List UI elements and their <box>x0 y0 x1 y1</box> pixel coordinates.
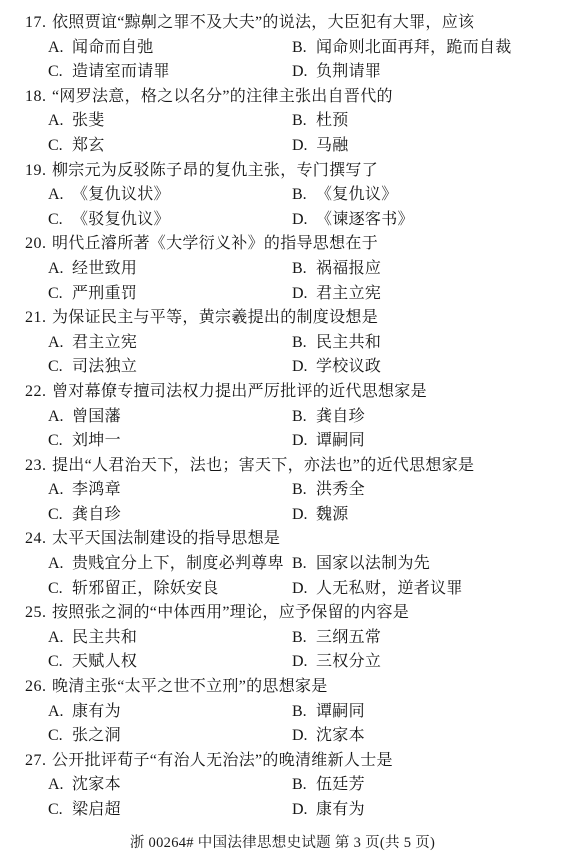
option-text: 梁启超 <box>72 801 121 818</box>
options-row-cd: C.龚自珍 D.魏源 <box>0 503 565 528</box>
option-item: A.沈家本 <box>48 773 292 798</box>
option-item: A.张斐 <box>48 109 292 134</box>
option-label: B. <box>292 183 316 208</box>
option-text: 张斐 <box>72 112 105 129</box>
option-text: 李鸿章 <box>72 481 121 498</box>
option-item: A.康有为 <box>48 700 292 725</box>
question-stem-row: 25.按照张之洞的“中体西用”理论，应予保留的内容是 <box>0 601 565 626</box>
question-number: 19. <box>25 159 52 184</box>
option-item: B.祸福报应 <box>292 257 565 282</box>
option-label: A. <box>48 552 72 577</box>
option-label: C. <box>48 208 72 233</box>
option-label: B. <box>292 257 316 282</box>
option-label: B. <box>292 773 316 798</box>
question-block: 19.柳宗元为反驳陈子昂的复仇主张，专门撰写了 A.《复仇议状》 B.《复仇议》… <box>0 159 565 233</box>
option-item: A.李鸿章 <box>48 478 292 503</box>
question-block: 18.“网罗法意，格之以名分”的注律主张出自晋代的 A.张斐 B.杜预 C.郑玄… <box>0 85 565 159</box>
option-item: C.司法独立 <box>48 355 292 380</box>
option-text: 闻命则北面再拜，跪而自裁 <box>316 39 512 56</box>
option-label: B. <box>292 109 316 134</box>
options-row-ab: A.曾国藩 B.龚自珍 <box>0 405 565 430</box>
question-block: 24.太平天国法制建设的指导思想是 A.贵贱宜分上下，制度必判尊卑 B.国家以法… <box>0 527 565 601</box>
option-item: C.龚自珍 <box>48 503 292 528</box>
question-stem: 为保证民主与平等，黄宗羲提出的制度设想是 <box>52 309 378 326</box>
option-label: B. <box>292 331 316 356</box>
option-item: B.杜预 <box>292 109 565 134</box>
option-item: A.贵贱宜分上下，制度必判尊卑 <box>48 552 292 577</box>
option-item: A.闻命而自弛 <box>48 36 292 61</box>
option-text: 贵贱宜分上下，制度必判尊卑 <box>72 555 284 572</box>
option-text: 《复仇议》 <box>316 186 398 203</box>
question-stem-row: 24.太平天国法制建设的指导思想是 <box>0 527 565 552</box>
options-row-cd: C.造请室而请罪 D.负荆请罪 <box>0 60 565 85</box>
option-text: 洪秀全 <box>316 481 365 498</box>
question-block: 20.明代丘濬所著《大学衍义补》的指导思想在于 A.经世致用 B.祸福报应 C.… <box>0 232 565 306</box>
option-text: 闻命而自弛 <box>72 39 154 56</box>
option-label: B. <box>292 700 316 725</box>
option-label: B. <box>292 36 316 61</box>
question-number: 24. <box>25 527 52 552</box>
option-text: 人无私财，逆者议罪 <box>316 580 463 597</box>
option-label: D. <box>292 798 316 823</box>
option-label: A. <box>48 36 72 61</box>
question-stem: 公开批评荀子“有治人无治法”的晚清维新人士是 <box>52 752 393 769</box>
option-label: C. <box>48 134 72 159</box>
option-text: 郑玄 <box>72 137 105 154</box>
option-item: D.谭嗣同 <box>292 429 565 454</box>
option-item: C.严刑重罚 <box>48 282 292 307</box>
question-stem: “网罗法意，格之以名分”的注律主张出自晋代的 <box>52 88 393 105</box>
question-stem-row: 22.曾对幕僚专擅司法权力提出严厉批评的近代思想家是 <box>0 380 565 405</box>
question-block: 26.晚清主张“太平之世不立刑”的思想家是 A.康有为 B.谭嗣同 C.张之洞 … <box>0 675 565 749</box>
option-item: B.三纲五常 <box>292 626 565 651</box>
question-list: 17.依照贾谊“黥劓之罪不及大夫”的说法，大臣犯有大罪，应该 A.闻命而自弛 B… <box>0 11 565 823</box>
option-label: B. <box>292 552 316 577</box>
question-block: 22.曾对幕僚专擅司法权力提出严厉批评的近代思想家是 A.曾国藩 B.龚自珍 C… <box>0 380 565 454</box>
options-row-cd: C.斩邪留正，除妖安良 D.人无私财，逆者议罪 <box>0 577 565 602</box>
question-stem-row: 21.为保证民主与平等，黄宗羲提出的制度设想是 <box>0 306 565 331</box>
question-block: 25.按照张之洞的“中体西用”理论，应予保留的内容是 A.民主共和 B.三纲五常… <box>0 601 565 675</box>
option-text: 沈家本 <box>72 776 121 793</box>
options-row-cd: C.刘坤一 D.谭嗣同 <box>0 429 565 454</box>
option-text: 君主立宪 <box>316 285 381 302</box>
option-label: B. <box>292 626 316 651</box>
option-item: D.三权分立 <box>292 650 565 675</box>
option-text: 刘坤一 <box>72 432 121 449</box>
option-label: C. <box>48 429 72 454</box>
option-label: C. <box>48 724 72 749</box>
question-number: 26. <box>25 675 52 700</box>
question-stem-row: 27.公开批评荀子“有治人无治法”的晚清维新人士是 <box>0 749 565 774</box>
question-block: 17.依照贾谊“黥劓之罪不及大夫”的说法，大臣犯有大罪，应该 A.闻命而自弛 B… <box>0 11 565 85</box>
option-text: 《复仇议状》 <box>72 186 170 203</box>
option-text: 司法独立 <box>72 358 137 375</box>
options-row-ab: A.《复仇议状》 B.《复仇议》 <box>0 183 565 208</box>
option-text: 伍廷芳 <box>316 776 365 793</box>
option-item: B.民主共和 <box>292 331 565 356</box>
option-item: C.斩邪留正，除妖安良 <box>48 577 292 602</box>
option-item: B.龚自珍 <box>292 405 565 430</box>
option-label: B. <box>292 405 316 430</box>
option-label: D. <box>292 355 316 380</box>
option-text: 严刑重罚 <box>72 285 137 302</box>
options-row-ab: A.李鸿章 B.洪秀全 <box>0 478 565 503</box>
options-row-cd: C.司法独立 D.学校议政 <box>0 355 565 380</box>
options-row-ab: A.沈家本 B.伍廷芳 <box>0 773 565 798</box>
option-item: D.魏源 <box>292 503 565 528</box>
option-text: 三纲五常 <box>316 629 381 646</box>
option-text: 《驳复仇议》 <box>72 211 170 228</box>
option-label: A. <box>48 257 72 282</box>
option-item: D.马融 <box>292 134 565 159</box>
option-item: C.刘坤一 <box>48 429 292 454</box>
options-row-ab: A.贵贱宜分上下，制度必判尊卑 B.国家以法制为先 <box>0 552 565 577</box>
question-stem: 按照张之洞的“中体西用”理论，应予保留的内容是 <box>52 604 409 621</box>
option-item: C.《驳复仇议》 <box>48 208 292 233</box>
option-item: B.闻命则北面再拜，跪而自裁 <box>292 36 565 61</box>
options-row-ab: A.君主立宪 B.民主共和 <box>0 331 565 356</box>
option-item: C.天赋人权 <box>48 650 292 675</box>
option-text: 魏源 <box>316 506 349 523</box>
option-item: D.人无私财，逆者议罪 <box>292 577 565 602</box>
question-number: 27. <box>25 749 52 774</box>
option-text: 曾国藩 <box>72 408 121 425</box>
option-text: 学校议政 <box>316 358 381 375</box>
question-stem-row: 26.晚清主张“太平之世不立刑”的思想家是 <box>0 675 565 700</box>
option-label: D. <box>292 503 316 528</box>
option-item: C.梁启超 <box>48 798 292 823</box>
option-item: A.经世致用 <box>48 257 292 282</box>
option-label: D. <box>292 429 316 454</box>
option-text: 造请室而请罪 <box>72 63 170 80</box>
options-row-cd: C.天赋人权 D.三权分立 <box>0 650 565 675</box>
options-row-cd: C.梁启超 D.康有为 <box>0 798 565 823</box>
option-label: C. <box>48 60 72 85</box>
option-label: B. <box>292 478 316 503</box>
option-label: D. <box>292 724 316 749</box>
question-stem: 明代丘濬所著《大学衍义补》的指导思想在于 <box>52 235 378 252</box>
question-block: 27.公开批评荀子“有治人无治法”的晚清维新人士是 A.沈家本 B.伍廷芳 C.… <box>0 749 565 823</box>
option-item: D.《谏逐客书》 <box>292 208 565 233</box>
question-stem-row: 23.提出“人君治天下，法也；害天下，亦法也”的近代思想家是 <box>0 454 565 479</box>
option-label: A. <box>48 478 72 503</box>
option-label: A. <box>48 331 72 356</box>
option-text: 民主共和 <box>316 334 381 351</box>
option-text: 《谏逐客书》 <box>316 211 414 228</box>
option-item: A.《复仇议状》 <box>48 183 292 208</box>
option-item: D.学校议政 <box>292 355 565 380</box>
option-text: 龚自珍 <box>72 506 121 523</box>
page-footer: 浙 00264# 中国法律思想史试题 第 3 页(共 5 页) <box>0 831 565 852</box>
option-label: D. <box>292 282 316 307</box>
option-label: D. <box>292 208 316 233</box>
option-text: 天赋人权 <box>72 653 137 670</box>
option-label: C. <box>48 798 72 823</box>
option-label: C. <box>48 577 72 602</box>
options-row-ab: A.康有为 B.谭嗣同 <box>0 700 565 725</box>
option-item: D.康有为 <box>292 798 565 823</box>
option-label: A. <box>48 700 72 725</box>
option-item: D.沈家本 <box>292 724 565 749</box>
option-text: 国家以法制为先 <box>316 555 430 572</box>
option-label: C. <box>48 355 72 380</box>
option-text: 康有为 <box>72 703 121 720</box>
question-stem-row: 20.明代丘濬所著《大学衍义补》的指导思想在于 <box>0 232 565 257</box>
option-text: 沈家本 <box>316 727 365 744</box>
option-item: B.洪秀全 <box>292 478 565 503</box>
question-block: 21.为保证民主与平等，黄宗羲提出的制度设想是 A.君主立宪 B.民主共和 C.… <box>0 306 565 380</box>
question-number: 21. <box>25 306 52 331</box>
option-item: B.谭嗣同 <box>292 700 565 725</box>
option-item: C.造请室而请罪 <box>48 60 292 85</box>
exam-page: 17.依照贾谊“黥劓之罪不及大夫”的说法，大臣犯有大罪，应该 A.闻命而自弛 B… <box>0 0 565 867</box>
question-number: 23. <box>25 454 52 479</box>
options-row-cd: C.郑玄 D.马融 <box>0 134 565 159</box>
question-stem: 提出“人君治天下，法也；害天下，亦法也”的近代思想家是 <box>52 457 474 474</box>
options-row-ab: A.经世致用 B.祸福报应 <box>0 257 565 282</box>
option-text: 谭嗣同 <box>316 703 365 720</box>
options-row-cd: C.《驳复仇议》 D.《谏逐客书》 <box>0 208 565 233</box>
option-text: 马融 <box>316 137 349 154</box>
option-label: A. <box>48 183 72 208</box>
question-stem-row: 18.“网罗法意，格之以名分”的注律主张出自晋代的 <box>0 85 565 110</box>
option-item: C.郑玄 <box>48 134 292 159</box>
option-label: C. <box>48 650 72 675</box>
option-text: 经世致用 <box>72 260 137 277</box>
option-label: A. <box>48 773 72 798</box>
question-stem: 太平天国法制建设的指导思想是 <box>52 530 280 547</box>
question-number: 18. <box>25 85 52 110</box>
option-label: D. <box>292 60 316 85</box>
option-item: A.曾国藩 <box>48 405 292 430</box>
question-number: 20. <box>25 232 52 257</box>
option-text: 三权分立 <box>316 653 381 670</box>
option-label: A. <box>48 626 72 651</box>
option-label: C. <box>48 503 72 528</box>
option-label: D. <box>292 650 316 675</box>
option-label: C. <box>48 282 72 307</box>
option-item: C.张之洞 <box>48 724 292 749</box>
options-row-ab: A.闻命而自弛 B.闻命则北面再拜，跪而自裁 <box>0 36 565 61</box>
option-text: 康有为 <box>316 801 365 818</box>
option-label: D. <box>292 134 316 159</box>
option-item: B.《复仇议》 <box>292 183 565 208</box>
option-text: 谭嗣同 <box>316 432 365 449</box>
question-stem: 晚清主张“太平之世不立刑”的思想家是 <box>52 678 328 695</box>
options-row-ab: A.民主共和 B.三纲五常 <box>0 626 565 651</box>
question-stem-row: 19.柳宗元为反驳陈子昂的复仇主张，专门撰写了 <box>0 159 565 184</box>
question-number: 25. <box>25 601 52 626</box>
question-number: 22. <box>25 380 52 405</box>
option-item: A.君主立宪 <box>48 331 292 356</box>
option-text: 斩邪留正，除妖安良 <box>72 580 219 597</box>
option-label: A. <box>48 405 72 430</box>
option-text: 民主共和 <box>72 629 137 646</box>
option-text: 君主立宪 <box>72 334 137 351</box>
question-stem: 曾对幕僚专擅司法权力提出严厉批评的近代思想家是 <box>52 383 427 400</box>
option-label: D. <box>292 577 316 602</box>
options-row-cd: C.严刑重罚 D.君主立宪 <box>0 282 565 307</box>
option-text: 龚自珍 <box>316 408 365 425</box>
option-item: D.君主立宪 <box>292 282 565 307</box>
option-item: B.国家以法制为先 <box>292 552 565 577</box>
option-text: 杜预 <box>316 112 349 129</box>
option-item: A.民主共和 <box>48 626 292 651</box>
option-text: 张之洞 <box>72 727 121 744</box>
question-block: 23.提出“人君治天下，法也；害天下，亦法也”的近代思想家是 A.李鸿章 B.洪… <box>0 454 565 528</box>
question-number: 17. <box>25 11 52 36</box>
option-label: A. <box>48 109 72 134</box>
option-item: D.负荆请罪 <box>292 60 565 85</box>
option-text: 祸福报应 <box>316 260 381 277</box>
question-stem: 柳宗元为反驳陈子昂的复仇主张，专门撰写了 <box>52 162 378 179</box>
option-item: B.伍廷芳 <box>292 773 565 798</box>
options-row-ab: A.张斐 B.杜预 <box>0 109 565 134</box>
option-text: 负荆请罪 <box>316 63 381 80</box>
question-stem: 依照贾谊“黥劓之罪不及大夫”的说法，大臣犯有大罪，应该 <box>52 14 474 31</box>
options-row-cd: C.张之洞 D.沈家本 <box>0 724 565 749</box>
question-stem-row: 17.依照贾谊“黥劓之罪不及大夫”的说法，大臣犯有大罪，应该 <box>0 11 565 36</box>
